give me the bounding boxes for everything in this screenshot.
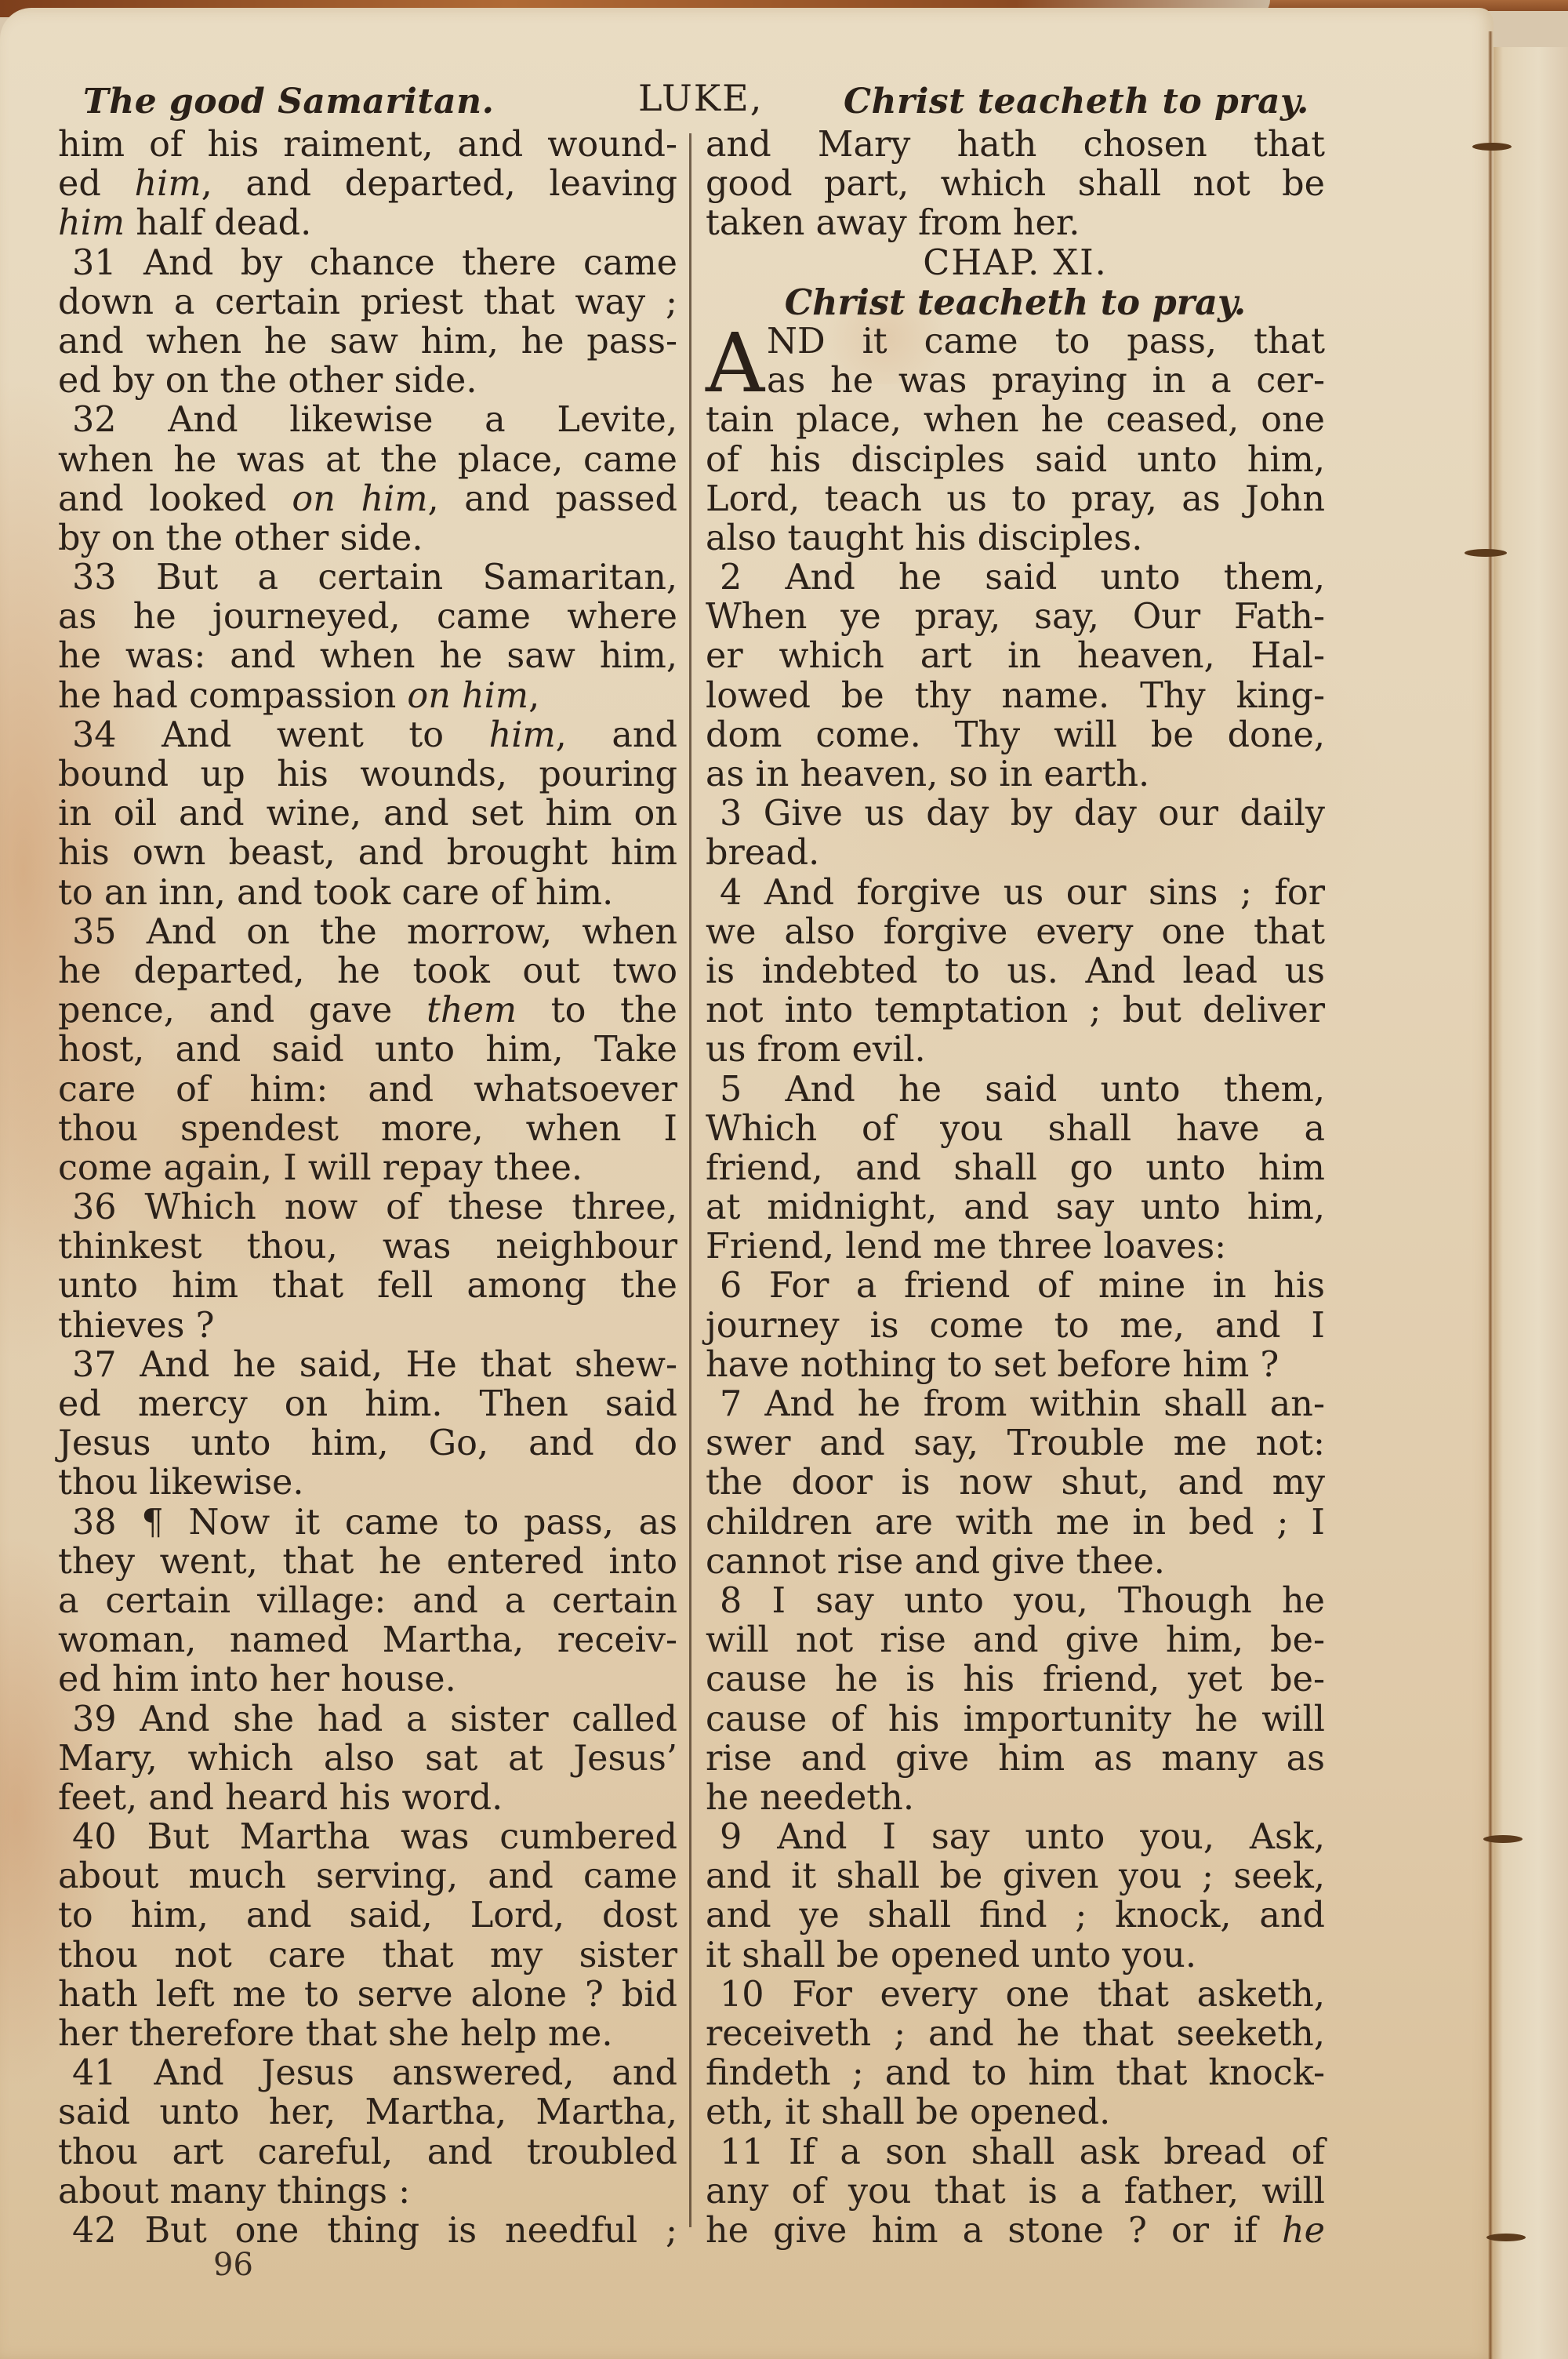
text-line: 2 And he said unto them,	[706, 558, 1325, 598]
text-line: will not rise and give him, be-	[706, 1621, 1325, 1660]
chapter-heading: CHAP. XI.	[706, 244, 1325, 283]
text-line: in oil and wine, and set him on	[58, 794, 677, 834]
text-line: he needeth.	[706, 1779, 1325, 1818]
text-line: cause he is his friend, yet be-	[706, 1660, 1325, 1699]
text-line: thieves ?	[58, 1307, 677, 1346]
running-head-right: Christ teacheth to pray.	[844, 82, 1309, 122]
text-line: er which art in heaven, Hal-	[706, 637, 1325, 676]
page-number: 96	[213, 2247, 253, 2283]
text-line: unto him that fell among the	[58, 1267, 677, 1306]
text-line: 6 For a friend of mine in his	[706, 1267, 1325, 1306]
text-line: ed by on the other side.	[58, 362, 677, 401]
text-line: Friend, lend me three loaves:	[706, 1227, 1325, 1267]
text-line: as he was praying in a cer-	[767, 362, 1325, 401]
text-line: findeth ; and to him that knock-	[706, 2054, 1325, 2093]
chapter-opening: A ND it came to pass, that as he was pra…	[706, 322, 1325, 401]
drop-cap: A	[706, 325, 764, 401]
text-line: as in heaven, so in earth.	[706, 755, 1325, 794]
text-line: pence, and gave them to the	[58, 991, 677, 1030]
text-line: rise and give him as many as	[706, 1739, 1325, 1779]
book-photo: The good Samaritan. LUKE, Christ teachet…	[0, 0, 1568, 2359]
text-line: Jesus unto him, Go, and do	[58, 1424, 677, 1463]
text-line: and it shall be given you ; seek,	[706, 1857, 1325, 1896]
right-column: and Mary hath chosen thatgood part, whic…	[706, 125, 1325, 2251]
text-line: 38 ¶ Now it came to pass, as	[58, 1503, 677, 1543]
running-head: The good Samaritan. LUKE, Christ teachet…	[83, 77, 1322, 132]
text-line: to him, and said, Lord, dost	[58, 1896, 677, 1936]
text-line: woman, named Martha, receiv-	[58, 1621, 677, 1660]
text-line: lowed be thy name. Thy king-	[706, 677, 1325, 716]
text-line: 34 And went to him, and	[58, 716, 677, 755]
text-line: at midnight, and say unto him,	[706, 1188, 1325, 1227]
text-line: to an inn, and took care of him.	[58, 874, 677, 913]
text-line: thou likewise.	[58, 1463, 677, 1503]
text-line: 42 But one thing is needful ;	[58, 2212, 677, 2251]
binding-gutter	[1488, 31, 1493, 2359]
text-line: 36 Which now of these three,	[58, 1188, 677, 1227]
running-head-left: The good Samaritan.	[83, 82, 494, 122]
text-line: 41 And Jesus answered, and	[58, 2054, 677, 2093]
text-line: and looked on him, and passed	[58, 480, 677, 519]
text-line: he had compassion on him,	[58, 677, 677, 716]
text-line: 33 But a certain Samaritan,	[58, 558, 677, 598]
text-line: thou spendest more, when I	[58, 1110, 677, 1149]
text-line: swer and say, Trouble me not:	[706, 1424, 1325, 1463]
text-line: not into temptation ; but deliver	[706, 991, 1325, 1030]
text-line: 5 And he said unto them,	[706, 1070, 1325, 1110]
binding-stitch	[1486, 2234, 1526, 2241]
text-line: is indebted to us. And lead us	[706, 952, 1325, 991]
text-line: cause of his importunity he will	[706, 1700, 1325, 1739]
text-line: they went, that he entered into	[58, 1543, 677, 1582]
italic-word: he	[1282, 2211, 1325, 2251]
text-line: 9 And I say unto you, Ask,	[706, 1818, 1325, 1857]
text-line: said unto her, Martha, Martha,	[58, 2093, 677, 2132]
text-line: friend, and shall go unto him	[706, 1149, 1325, 1188]
italic-word: him	[489, 715, 556, 755]
text-line: and when he saw him, he pass-	[58, 322, 677, 362]
left-column: him of his raiment, and wound-ed him, an…	[58, 125, 677, 2251]
text-line: 4 And forgive us our sins ; for	[706, 874, 1325, 913]
column-divider	[689, 133, 691, 2227]
text-line: his own beast, and brought him	[58, 834, 677, 873]
italic-word: him	[135, 164, 201, 204]
text-line: Which of you shall have a	[706, 1110, 1325, 1149]
running-head-book: LUKE,	[638, 77, 763, 119]
text-line: host, and said unto him, Take	[58, 1030, 677, 1070]
text-line: hath left me to serve alone ? bid	[58, 1976, 677, 2015]
text-line: 11 If a son shall ask bread of	[706, 2133, 1325, 2172]
text-line: come again, I will repay thee.	[58, 1149, 677, 1188]
text-line: him of his raiment, and wound-	[58, 125, 677, 165]
text-line: about much serving, and came	[58, 1857, 677, 1896]
text-line: ed him into her house.	[58, 1660, 677, 1699]
text-line: Mary, which also sat at Jesus’	[58, 1739, 677, 1779]
text-line: thou art careful, and troubled	[58, 2133, 677, 2172]
text-line: also taught his disciples.	[706, 519, 1325, 558]
text-line: bound up his wounds, pouring	[58, 755, 677, 794]
text-line: when he was at the place, came	[58, 441, 677, 480]
italic-word: on him	[292, 479, 427, 519]
text-line: we also forgive every one that	[706, 913, 1325, 952]
text-line: us from evil.	[706, 1030, 1325, 1070]
text-line: care of him: and whatsoever	[58, 1070, 677, 1110]
text-line: feet, and heard his word.	[58, 1779, 677, 1818]
text-line: he departed, he took out two	[58, 952, 677, 991]
text-line: When ye pray, say, Our Fath-	[706, 598, 1325, 637]
right-column-continuation: and Mary hath chosen thatgood part, whic…	[706, 125, 1325, 244]
text-line: 40 But Martha was cumbered	[58, 1818, 677, 1857]
text-line: 3 Give us day by day our daily	[706, 794, 1325, 834]
text-line: 31 And by chance there came	[58, 244, 677, 283]
text-line: ed him, and departed, leaving	[58, 165, 677, 204]
text-line: 8 I say unto you, Though he	[706, 1582, 1325, 1621]
text-line: dom come. Thy will be done,	[706, 716, 1325, 755]
text-line: by on the other side.	[58, 519, 677, 558]
text-line: receiveth ; and he that seeketh,	[706, 2015, 1325, 2054]
text-line: 37 And he said, He that shew-	[58, 1346, 677, 1385]
text-line: and ye shall find ; knock, and	[706, 1896, 1325, 1936]
text-line: journey is come to me, and I	[706, 1307, 1325, 1346]
text-line: thinkest thou, was neighbour	[58, 1227, 677, 1267]
text-line: it shall be opened unto you.	[706, 1936, 1325, 1976]
text-line: thou not care that my sister	[58, 1936, 677, 1976]
text-line: a certain village: and a certain	[58, 1582, 677, 1621]
text-line: bread.	[706, 834, 1325, 873]
text-line: down a certain priest that way ;	[58, 283, 677, 322]
text-line: eth, it shall be opened.	[706, 2093, 1325, 2132]
text-line: ed mercy on him. Then said	[58, 1385, 677, 1424]
right-column-verses: tain place, when he ceased, oneof his di…	[706, 401, 1325, 2251]
text-line: taken away from her.	[706, 204, 1325, 243]
text-line: have nothing to set before him ?	[706, 1346, 1325, 1385]
chapter-summary: Christ teacheth to pray.	[706, 283, 1325, 322]
text-line: 10 For every one that asketh,	[706, 1976, 1325, 2015]
italic-word: them	[426, 990, 517, 1030]
text-line: him half dead.	[58, 204, 677, 243]
text-line: about many things :	[58, 2172, 677, 2212]
text-line: he was: and when he saw him,	[58, 637, 677, 676]
text-line: of his disciples said unto him,	[706, 441, 1325, 480]
binding-stitch	[1465, 549, 1507, 557]
text-line: 39 And she had a sister called	[58, 1700, 677, 1739]
text-line: as he journeyed, came where	[58, 598, 677, 637]
text-line: 35 And on the morrow, when	[58, 913, 677, 952]
text-line: children are with me in bed ; I	[706, 1503, 1325, 1543]
binding-stitch	[1483, 1835, 1523, 1843]
text-line: he give him a stone ? or if he	[706, 2212, 1325, 2251]
text-line: ND it came to pass, that	[767, 322, 1325, 362]
text-line: 32 And likewise a Levite,	[58, 401, 677, 440]
text-line: 7 And he from within shall an-	[706, 1385, 1325, 1424]
text-line: good part, which shall not be	[706, 165, 1325, 204]
text-line: Lord, teach us to pray, as John	[706, 480, 1325, 519]
text-line: any of you that is a father, will	[706, 2172, 1325, 2212]
italic-word: him	[58, 203, 125, 243]
text-line: her therefore that she help me.	[58, 2015, 677, 2054]
text-line: tain place, when he ceased, one	[706, 401, 1325, 440]
facing-page-edge	[1494, 47, 1568, 2359]
italic-word: on him	[407, 676, 528, 716]
book-page: The good Samaritan. LUKE, Christ teachet…	[0, 8, 1494, 2359]
text-line: the door is now shut, and my	[706, 1463, 1325, 1503]
binding-stitch	[1472, 143, 1512, 151]
text-line: and Mary hath chosen that	[706, 125, 1325, 165]
text-line: cannot rise and give thee.	[706, 1543, 1325, 1582]
